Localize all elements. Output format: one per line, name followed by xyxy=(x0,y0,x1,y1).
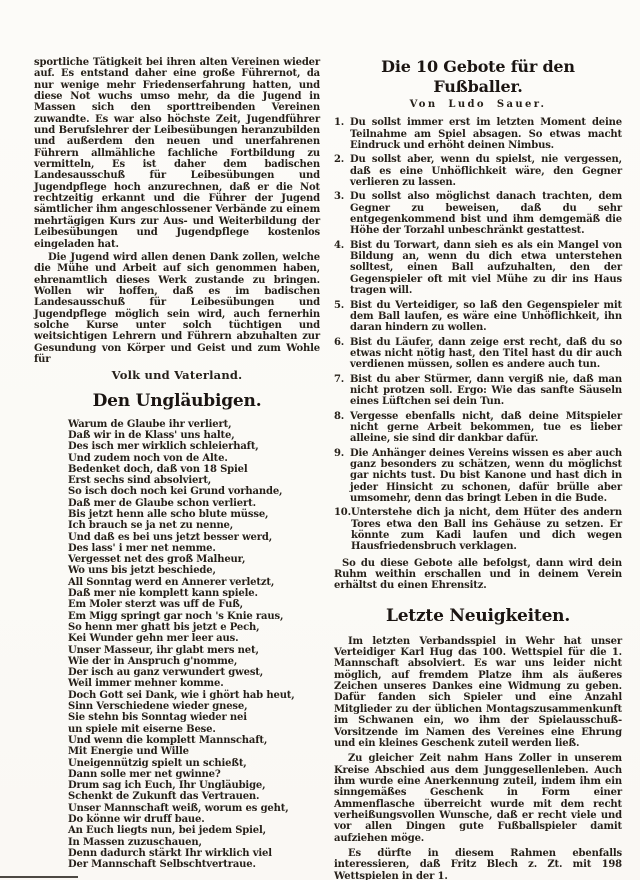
scanned-newsletter-page: sportliche Tätigkeit bei ihren alten Ver… xyxy=(0,0,640,880)
poem-line: Ich brauch se ja net zu nenne, xyxy=(68,520,320,531)
poem-line: Der Mannschaft Selbschtvertraue. xyxy=(68,859,320,870)
poem-line: Dann solle mer net gwinne? xyxy=(68,769,320,780)
commandment-item: 1. Du sollst immer erst im letzten Momen… xyxy=(334,117,622,151)
commandment-item: 7. Bist du aber Stürmer, dann vergiß nie… xyxy=(334,374,622,408)
poem-line: Bis jetzt henn alle scho blute müsse, xyxy=(68,509,320,520)
news-section: Im letzten Verbandsspiel in Wehr hat uns… xyxy=(334,636,622,880)
commandment-number: 3. xyxy=(334,191,350,236)
poem-title: Den Ungläubigen. xyxy=(34,391,320,411)
poem-line: Daß wir in de Klass' uns halte, xyxy=(68,430,320,441)
commandment-item: 10. Unterstehe dich ja nicht, dem Hüter … xyxy=(334,507,622,552)
poem-line: So henn mer ghatt bis jetzt e Pech, xyxy=(68,622,320,633)
article-continuation: sportliche Tätigkeit bei ihren alten Ver… xyxy=(34,57,320,365)
commandment-item: 5. Bist du Verteidiger, so laß den Gegen… xyxy=(334,300,622,334)
poem-line: Doch Gott sei Dank, wie i ghört hab heut… xyxy=(68,690,320,701)
poem-line: Sinn Verschiedene wieder gnese, xyxy=(68,701,320,712)
commandment-text: Unterstehe dich ja nicht, dem Hüter des … xyxy=(351,507,622,552)
commandment-item: 6. Bist du Läufer, dann zeige erst recht… xyxy=(334,337,622,371)
poem-line: In Massen zuzuschauen, xyxy=(68,837,320,848)
poem-line: Denn dadurch stärkt Ihr wirklich viel xyxy=(68,848,320,859)
commandment-text: Bist du Verteidiger, so laß den Gegenspi… xyxy=(350,300,622,334)
poem-line: An Euch liegts nun, bei jedem Spiel, xyxy=(68,825,320,836)
news-paragraph: Im letzten Verbandsspiel in Wehr hat uns… xyxy=(334,636,622,749)
commandment-text: Bist du aber Stürmer, dann vergiß nie, d… xyxy=(350,374,622,408)
article-paragraph: Die Jugend wird allen denen Dank zollen,… xyxy=(34,252,320,365)
commandment-item: 9. Die Anhänger deines Vereins wissen es… xyxy=(334,448,622,505)
commandment-item: 8. Vergesse ebenfalls nicht, daß deine M… xyxy=(334,411,622,445)
commandment-number: 1. xyxy=(334,117,350,151)
poem-line: Daß mer de Glaube schon verliert. xyxy=(68,498,320,509)
poem-line: Und wenn die komplett Mannschaft, xyxy=(68,735,320,746)
poem-line: Drum sag ich Euch, Ihr Ungläubige, xyxy=(68,780,320,791)
poem-line: Wo uns bis jetzt beschiede, xyxy=(68,565,320,576)
commandment-number: 10. xyxy=(334,507,351,552)
poem-line: Und daß es bei uns jetzt besser werd, xyxy=(68,532,320,543)
commandment-number: 7. xyxy=(334,374,350,408)
dedication-line: Volk und Vaterland. xyxy=(34,370,320,381)
poem-line: Schenkt de Zukunft das Vertrauen. xyxy=(68,791,320,802)
poem-line: Do könne wir druff baue. xyxy=(68,814,320,825)
poem-line: Unser Masseur, ihr glabt mers net, xyxy=(68,645,320,656)
poem-line: Des isch mer wirklich schleierhaft, xyxy=(68,441,320,452)
commandments-list: 1. Du sollst immer erst im letzten Momen… xyxy=(334,117,622,552)
news-paragraph: Es dürfte in diesem Rahmen ebenfalls int… xyxy=(334,848,622,880)
commandment-text: Du sollst immer erst im letzten Moment d… xyxy=(350,117,622,151)
commandment-item: 3. Du sollst also möglichst danach trach… xyxy=(334,191,622,236)
poem-line: All Sonntag werd en Annerer verletzt, xyxy=(68,577,320,588)
poem-line: Erst sechs sind absolviert, xyxy=(68,475,320,486)
commandments-title: Die 10 Gebote für den Fußballer. xyxy=(334,57,622,97)
commandment-number: 8. xyxy=(334,411,350,445)
poem-line: Unser Mannschaft weiß, worum es geht, xyxy=(68,803,320,814)
commandment-text: Du sollst also möglichst danach trachten… xyxy=(350,191,622,236)
news-paragraph: Zu gleicher Zeit nahm Hans Zoller in uns… xyxy=(334,753,622,844)
poem-line: Em Migg springt gar noch 's Knie raus, xyxy=(68,611,320,622)
commandment-text: Vergesse ebenfalls nicht, daß deine Mits… xyxy=(350,411,622,445)
commandment-text: Die Anhänger deines Vereins wissen es ab… xyxy=(350,448,622,505)
commandment-number: 6. xyxy=(334,337,350,371)
page-columns: sportliche Tätigkeit bei ihren alten Ver… xyxy=(0,0,640,880)
left-column: sportliche Tätigkeit bei ihren alten Ver… xyxy=(34,57,320,871)
poem-line: Sie stehn bis Sonntag wieder nei xyxy=(68,712,320,723)
poem-line: un spiele mit eiserne Bese. xyxy=(68,724,320,735)
poem-line: Des lass' i mer net nemme. xyxy=(68,543,320,554)
commandment-number: 9. xyxy=(334,448,350,505)
poem-line: Bedenket doch, daß von 18 Spiel xyxy=(68,464,320,475)
right-column: Die 10 Gebote für den Fußballer. Von Lud… xyxy=(334,57,622,880)
commandment-number: 5. xyxy=(334,300,350,334)
poem-line: Kei Wunder gehn mer leer aus. xyxy=(68,633,320,644)
poem-line: Der isch au ganz verwundert gwest, xyxy=(68,667,320,678)
commandment-item: 2. Du sollst aber, wenn du spielst, nie … xyxy=(334,154,622,188)
poem-line: Vergesset net des groß Malheur, xyxy=(68,554,320,565)
poem-line: Em Moler sterzt was uff de Fuß, xyxy=(68,599,320,610)
poem-line: Warum de Glaube ihr verliert, xyxy=(68,419,320,430)
poem-line: Daß mer nie komplett kann spiele. xyxy=(68,588,320,599)
poem-line: Wie der in Anspruch g'nomme, xyxy=(68,656,320,667)
byline: Von Ludo Sauer. xyxy=(334,99,622,110)
poem: Warum de Glaube ihr verliert,Daß wir in … xyxy=(68,419,320,871)
poem-line: Uneigennützig spielt un schießt, xyxy=(68,758,320,769)
commandment-number: 2. xyxy=(334,154,350,188)
news-title: Letzte Neuigkeiten. xyxy=(334,606,622,626)
commandments-closing: So du diese Gebote alle befolgst, dann w… xyxy=(334,558,622,592)
poem-line: So isch doch noch kei Grund vorhande, xyxy=(68,486,320,497)
article-paragraph: sportliche Tätigkeit bei ihren alten Ver… xyxy=(34,57,320,250)
commandment-item: 4. Bist du Torwart, dann sieh es als ein… xyxy=(334,240,622,297)
poem-line: Weil immer mehner komme. xyxy=(68,678,320,689)
footnote-rule xyxy=(0,876,78,878)
poem-line: Mit Energie und Wille xyxy=(68,746,320,757)
commandment-text: Bist du Torwart, dann sieh es als ein Ma… xyxy=(350,240,622,297)
commandment-text: Du sollst aber, wenn du spielst, nie ver… xyxy=(350,154,622,188)
commandment-text: Bist du Läufer, dann zeige erst recht, d… xyxy=(350,337,622,371)
poem-line: Und zudem noch von de Alte. xyxy=(68,453,320,464)
commandment-number: 4. xyxy=(334,240,350,297)
